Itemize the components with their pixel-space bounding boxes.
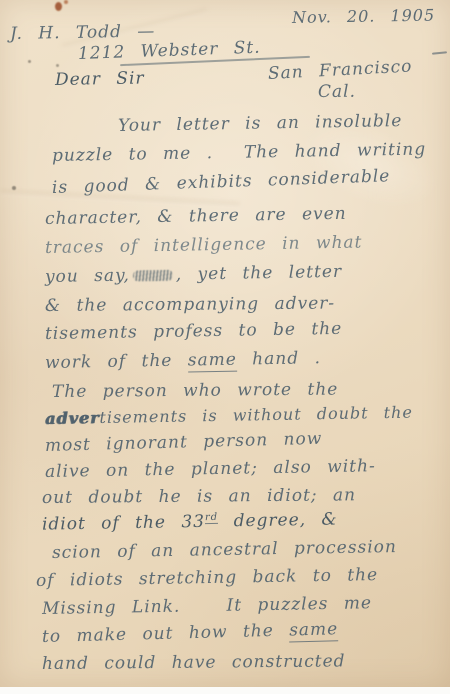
date-line: Nov. 20. 1905 bbox=[292, 8, 435, 26]
ink-speck bbox=[56, 64, 59, 67]
body-line-9-pre: work of the bbox=[45, 351, 188, 373]
body-line-19-pre: to make out how the bbox=[42, 621, 290, 647]
body-line-10: The person who wrote the bbox=[52, 382, 338, 401]
body-line-6-post: , yet the letter bbox=[176, 262, 343, 285]
body-line-7: & the accompanying adver- bbox=[45, 295, 335, 315]
underlined-word-same: same bbox=[188, 350, 237, 373]
rust-stain bbox=[55, 2, 62, 11]
body-line-15-post: degree, & bbox=[218, 509, 338, 531]
body-line-18: Missing Link. It puzzles me bbox=[42, 595, 372, 618]
body-line-4: character, & there are even bbox=[45, 206, 347, 228]
addressee-line: J. H. Todd — bbox=[10, 23, 156, 43]
superscript-rd: rd bbox=[205, 512, 218, 524]
body-line-13: alive on the planet; also with- bbox=[45, 458, 376, 481]
body-line-9-post: hand . bbox=[237, 348, 321, 369]
body-line-6-pre: you say, bbox=[45, 266, 130, 287]
body-line-11: advertisements is without doubt the bbox=[45, 405, 413, 427]
body-line-1: Your letter is an insoluble bbox=[118, 113, 403, 135]
stray-pen-mark bbox=[432, 51, 447, 55]
address-state-line: Cal. bbox=[318, 84, 356, 101]
body-line-2: puzzle to me . The hand writing bbox=[52, 141, 426, 165]
rust-stain bbox=[64, 0, 68, 4]
body-line-19: to make out how the same bbox=[42, 621, 339, 646]
address-city-line: San Francisco bbox=[268, 58, 413, 83]
body-line-15: idiot of the 33rd degree, & bbox=[42, 511, 338, 534]
body-line-8: tisements profess to be the bbox=[45, 321, 343, 343]
salutation-line: Dear Sir bbox=[55, 70, 145, 89]
body-line-15-pre: idiot of the 33 bbox=[42, 512, 205, 535]
body-line-14: out doubt he is an idiot; an bbox=[42, 487, 356, 507]
letter-scan: { "colors": { "paper": "#edddc4", "ink":… bbox=[0, 0, 450, 694]
body-line-5: traces of intelligence in what bbox=[45, 234, 363, 257]
ink-speck bbox=[28, 60, 31, 63]
body-line-11-rest: tisements is without doubt the bbox=[99, 403, 413, 427]
body-line-16: scion of an ancestral procession bbox=[52, 539, 397, 562]
body-line-6: you say,, yet the letter bbox=[45, 264, 342, 286]
body-line-12: most ignorant person now bbox=[45, 431, 323, 455]
scribbled-out-word bbox=[133, 270, 173, 282]
ink-speck bbox=[12, 186, 16, 190]
body-line-20: hand could have constructed bbox=[42, 653, 346, 673]
underlined-word-same: same bbox=[289, 619, 339, 642]
body-line-9: work of the same hand . bbox=[45, 350, 321, 372]
overwritten-word-part: adver bbox=[45, 408, 100, 428]
letter-paper: Nov. 20. 1905 J. H. Todd — 1212 Webster … bbox=[0, 0, 450, 687]
body-line-3: is good & exhibits considerable bbox=[52, 168, 391, 197]
body-line-17: of idiots stretching back to the bbox=[36, 567, 378, 590]
